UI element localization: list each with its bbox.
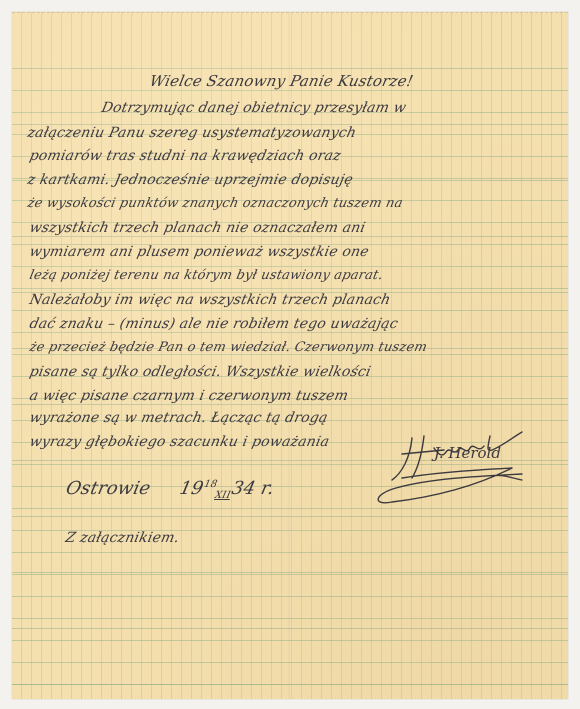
body-line-8: leżą poniżej terenu na którym był ustawi… [28,268,384,283]
signature-flourish: J. Herold [372,428,564,508]
body-line-9: Należałoby im więc na wszystkich trzech … [28,292,392,308]
body-line-4: z kartkami. Jednocześnie uprzejmie dopis… [26,172,355,188]
body-line-1: Dotrzymując danej obietnicy przesyłam w [100,100,408,116]
body-line-10: dać znaku – (minus) ale nie robiłem tego… [28,316,400,332]
letter-salutation: Wielce Szanowny Panie Kustorze! [148,72,415,90]
body-line-12: pisane są tylko odległości. Wszystkie wi… [28,364,372,380]
body-line-5: że wysokości punktów znanych oznaczonych… [26,196,404,211]
body-line-11: że przecież będzie Pan o tem wiedział. C… [28,340,429,355]
date-year-suffix: 34 r. [230,478,276,499]
date-line: Ostrowie 1918XII34 r. [64,478,276,499]
body-line-3: pomiarów tras studni na krawędziach oraz [28,148,342,164]
scan-background: Wielce Szanowny Panie Kustorze! Dotrzymu… [0,0,580,709]
signature-text: J. Herold [431,444,501,462]
body-line-14: wyrażone są w metrach. Łącząc tą drogą [28,410,329,426]
date-day: 18 [203,479,218,490]
date-year-prefix: 19 [178,478,206,499]
enclosure-note: Z załącznikiem. [64,530,181,546]
body-line-2: załączeniu Panu szereg usystematyzowanyc… [26,125,358,141]
body-line-7: wymiarem ani plusem ponieważ wszystkie o… [28,244,370,260]
body-line-6: wszystkich trzech planach nie oznaczałem… [28,220,367,236]
body-line-13: a więc pisane czarnym i czerwonym tuszem [28,388,350,404]
date-place: Ostrowie [64,478,153,499]
body-line-15: wyrazy głębokiego szacunku i poważania [28,434,331,450]
date-month: XII [214,490,232,501]
